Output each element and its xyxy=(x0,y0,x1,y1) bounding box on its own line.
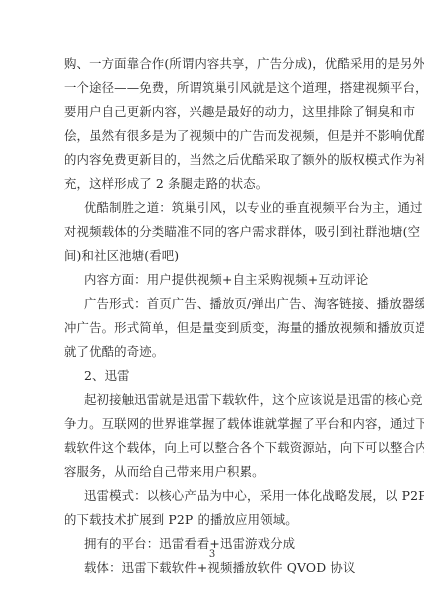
text-line: 间)和社区池塘(看吧) xyxy=(64,244,360,268)
text-line: 对视频载体的分类瞄准不同的客户需求群体，吸引到社群池塘(空 xyxy=(64,220,360,244)
text-line: 的下载技术扩展到 P2P 的播放应用领域。 xyxy=(64,508,360,532)
text-line: 购、一方面靠合作(所谓内容共享，广告分成)，优酷采用的是另外 xyxy=(64,52,360,76)
paragraph-start-line: 广告形式：首页广告、播放页/弹出广告、淘客链接、播放器缓 xyxy=(64,292,360,316)
text-line: 就了优酷的奇迹。 xyxy=(64,340,360,364)
section-heading: 2、迅雷 xyxy=(64,364,360,388)
text-line: 争力。互联网的世界谁掌握了载体谁就掌握了平台和内容，通过下 xyxy=(64,412,360,436)
text-line: 充，这样形成了 2 条腿走路的状态。 xyxy=(64,172,360,196)
text-line: 侩，虽然有很多是为了视频中的广告而发视频，但是并不影响优酷 xyxy=(64,124,360,148)
paragraph-start-line: 迅雷模式：以核心产品为中心，采用一体化战略发展，以 P2P xyxy=(64,484,360,508)
paragraph-start-line: 起初接触迅雷就是迅雷下载软件，这个应该说是迅雷的核心竞 xyxy=(64,388,360,412)
text-line: 载软件这个载体，向上可以整合各个下载资源站，向下可以整合内 xyxy=(64,436,360,460)
text-line: 要用户自己更新内容，兴趣是最好的动力，这里排除了铜臭和市 xyxy=(64,100,360,124)
text-line: 一个途径——免费，所谓筑巢引风就是这个道理，搭建视频平台， xyxy=(64,76,360,100)
paragraph-start-line: 内容方面：用户提供视频+自主采购视频+互动评论 xyxy=(64,268,360,292)
paragraph-start-line: 优酷制胜之道：筑巢引风，以专业的垂直视频平台为主，通过 xyxy=(64,196,360,220)
text-line: 的内容免费更新目的，当然之后优酷采取了额外的版权模式作为补 xyxy=(64,148,360,172)
text-line: 容服务，从而给自己带来用户积累。 xyxy=(64,460,360,484)
document-body: 购、一方面靠合作(所谓内容共享，广告分成)，优酷采用的是另外 一个途径——免费，… xyxy=(64,52,360,580)
page-number: 3 xyxy=(0,549,424,560)
text-line: 冲广告。形式简单，但是量变到质变，海量的播放视频和播放页造 xyxy=(64,316,360,340)
